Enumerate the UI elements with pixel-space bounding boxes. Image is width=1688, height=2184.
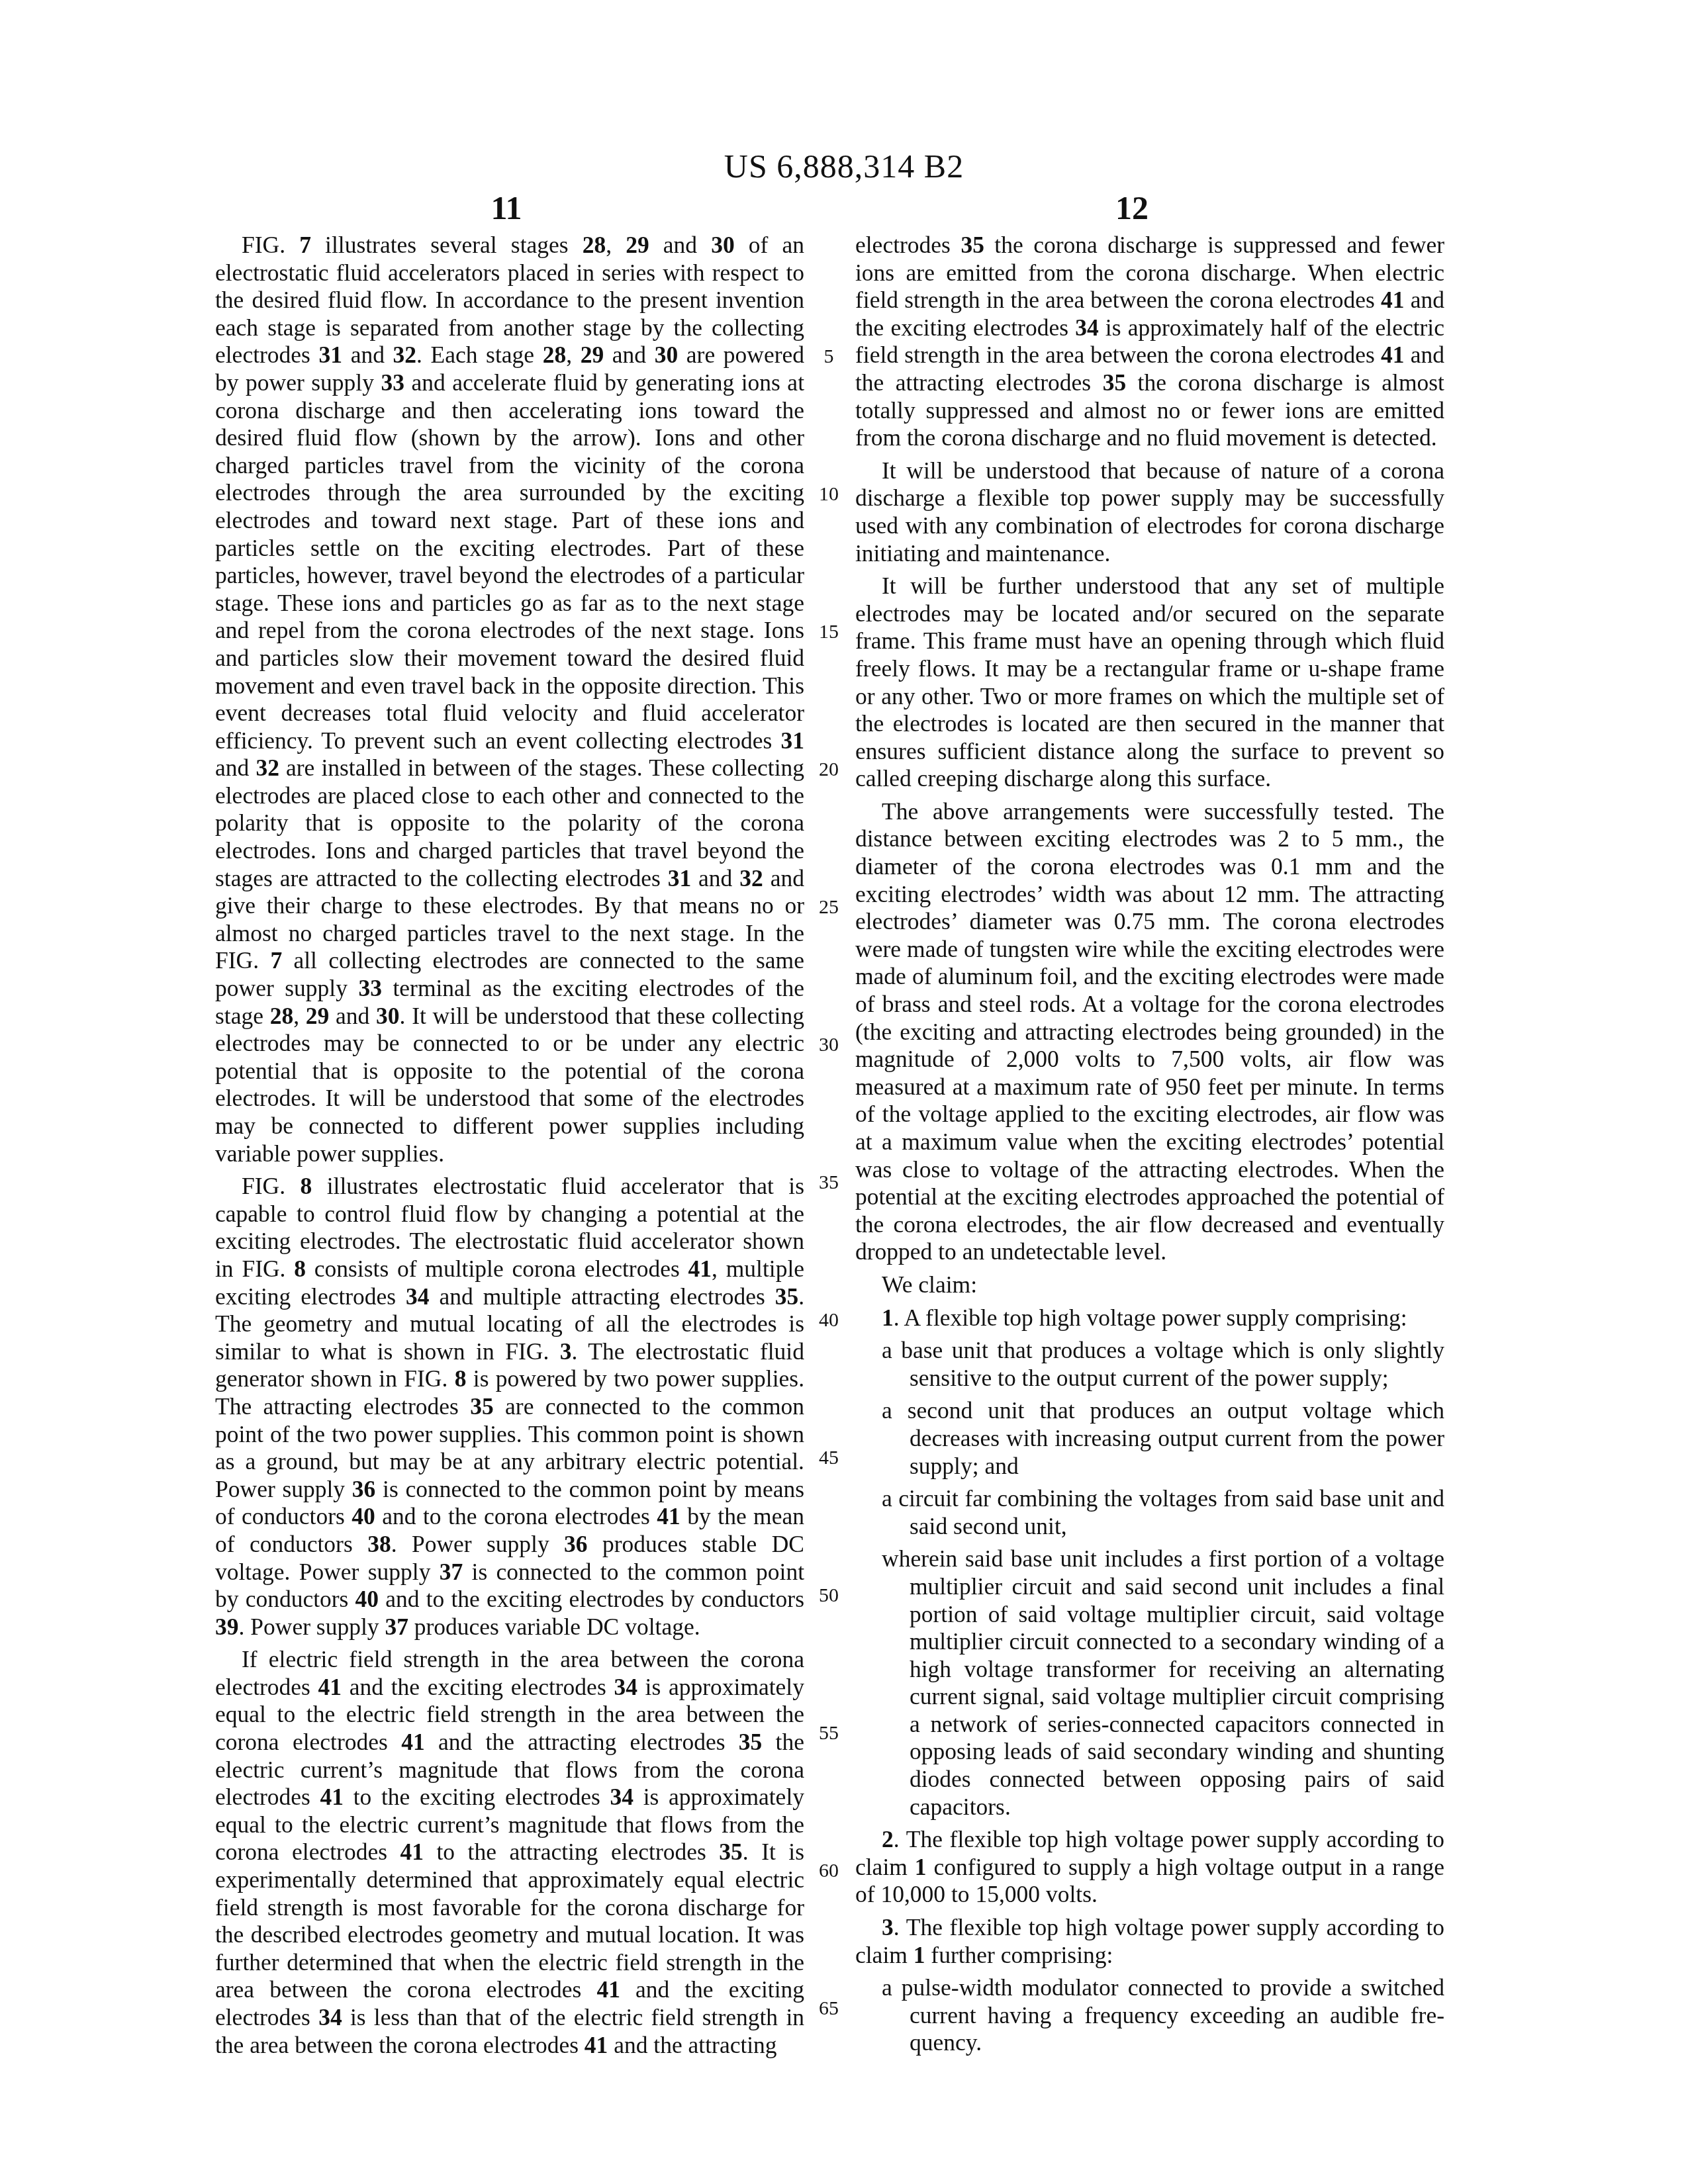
text-run: FIG. [242,232,299,258]
reference-numeral: 1 [882,1304,894,1331]
reference-numeral: 41 [318,1674,342,1700]
reference-numeral: 28 [583,232,606,258]
line-number: 25 [809,896,849,919]
reference-numeral: 35 [739,1729,763,1755]
text-run: . A flexible top high voltage power supp… [894,1304,1407,1331]
reference-numeral: 35 [1103,369,1127,396]
reference-numeral: 30 [711,232,735,258]
paragraph-fig8: FIG. 8 illustrates electrostatic fluid a… [215,1173,804,1641]
reference-numeral: 33 [381,369,405,396]
reference-numeral: 41 [585,2032,608,2058]
reference-numeral: 8 [455,1365,467,1392]
line-number: 40 [809,1309,849,1332]
column-number-right: 12 [1092,189,1172,227]
reference-numeral: 1 [915,1854,927,1880]
text-run: We claim: [882,1271,977,1298]
reference-numeral: 35 [470,1393,494,1420]
text-run: and the attracting electrodes [425,1729,739,1755]
reference-numeral: 1 [914,1942,925,1968]
reference-numeral: 29 [581,341,604,368]
line-number: 45 [809,1447,849,1469]
reference-numeral: 34 [318,2004,342,2030]
reference-numeral: 41 [400,1839,424,1865]
paragraph-frames: It will be further understood that any s… [855,572,1444,793]
patent-number: US 6,888,314 B2 [0,147,1688,185]
text-run: It will be understood that because of na… [855,457,1444,567]
text-run: electrodes [855,232,961,258]
text-run: produces variable DC voltage. [408,1614,700,1640]
text-run: , [293,1003,306,1029]
reference-numeral: 40 [352,1503,375,1529]
paragraph-fig7: FIG. 7 illustrates several stages 28, 29… [215,232,804,1167]
text-run: to the exciting electrodes [344,1784,610,1810]
reference-numeral: 30 [655,341,679,368]
reference-numeral: 8 [301,1173,312,1199]
reference-numeral: 38 [367,1531,391,1557]
reference-numeral: 39 [215,1614,239,1640]
text-run: FIG. [242,1173,301,1199]
reference-numeral: 30 [376,1003,400,1029]
reference-numeral: 37 [440,1559,463,1585]
text-run: and [215,754,256,781]
reference-numeral: 8 [294,1255,306,1282]
claim-element: a base unit that produces a voltage whic… [855,1337,1444,1392]
text-run: . Power supply [391,1531,564,1557]
text-run: further comprising: [925,1942,1113,1968]
reference-numeral: 40 [355,1586,379,1612]
text-run: to the attracting electrodes [424,1839,719,1865]
reference-numeral: 34 [610,1784,633,1810]
paragraph-tests: The above arrangements were successfully… [855,798,1444,1266]
paragraph-continuation: electrodes 35 the corona discharge is su… [855,232,1444,452]
reference-numeral: 35 [961,232,984,258]
reference-numeral: 34 [406,1283,430,1310]
reference-numeral: 7 [299,232,311,258]
text-run: and to the corona electrodes [375,1503,657,1529]
paragraph-flexible-top: It will be understood that because of na… [855,457,1444,567]
reference-numeral: 28 [543,341,567,368]
line-number: 55 [809,1722,849,1745]
text-run: consists of multiple corona electrodes [306,1255,688,1282]
text-run: The above arrangements were successfully… [855,798,1444,1265]
text-run: and [342,341,393,368]
text-run: and [329,1003,376,1029]
left-text-column: FIG. 7 illustrates several stages 28, 29… [215,232,804,2064]
reference-numeral: 29 [626,232,649,258]
text-run: It will be further understood that any s… [855,572,1444,792]
reference-numeral: 35 [775,1283,799,1310]
reference-numeral: 2 [882,1826,894,1852]
reference-numeral: 33 [358,975,382,1001]
line-number: 60 [809,1860,849,1882]
reference-numeral: 41 [657,1503,680,1529]
reference-numeral: 29 [306,1003,330,1029]
line-number: 50 [809,1584,849,1607]
text-run: and [649,232,711,258]
reference-numeral: 41 [1381,341,1405,368]
line-number: 65 [809,1997,849,2020]
reference-numeral: 41 [596,1976,620,2003]
reference-numeral: 37 [385,1614,408,1640]
line-number: 15 [809,621,849,643]
paragraph-claim-2: 2. The flexible top high voltage power s… [855,1826,1444,1909]
text-run: . Each stage [416,341,543,368]
reference-numeral: 35 [719,1839,743,1865]
text-run: , [606,232,626,258]
reference-numeral: 32 [256,754,279,781]
reference-numeral: 34 [1075,314,1099,341]
reference-numeral: 31 [781,727,805,754]
reference-numeral: 36 [564,1531,588,1557]
reference-numeral: 31 [319,341,343,368]
reference-numeral: 41 [401,1729,425,1755]
reference-numeral: 7 [270,947,282,974]
line-number: 35 [809,1171,849,1194]
reference-numeral: 28 [270,1003,294,1029]
text-run: and to the exciting electrodes by conduc… [379,1586,804,1612]
reference-numeral: 41 [320,1784,344,1810]
reference-numeral: 3 [882,1914,894,1940]
right-text-column: electrodes 35 the corona discharge is su… [855,232,1444,2062]
line-number: 20 [809,758,849,781]
line-number: 10 [809,483,849,506]
text-run: and the attracting [608,2032,776,2058]
paragraph-we-claim: We claim: [855,1271,1444,1299]
text-run: and [691,865,739,891]
text-run: . Power supply [239,1614,385,1640]
paragraph-claim-1: 1. A flexible top high voltage power sup… [855,1304,1444,1332]
claim-element: a circuit far combining the voltages fro… [855,1485,1444,1540]
reference-numeral: 32 [739,865,763,891]
text-run: and [604,341,655,368]
reference-numeral: 41 [688,1255,712,1282]
reference-numeral: 3 [560,1338,572,1365]
text-run: and multiple attracting electrodes [430,1283,775,1310]
claim-element: a second unit that produces an output vo… [855,1397,1444,1480]
reference-numeral: 32 [393,341,417,368]
text-run: and the exciting electrodes [342,1674,614,1700]
claim-element: a pulse-width modulator connected to pro… [855,1974,1444,2057]
line-number: 5 [809,345,849,368]
paragraph-claim-3: 3. The flexible top high voltage power s… [855,1914,1444,1969]
paragraph-field-strength: If electric field strength in the area b… [215,1646,804,2059]
text-run: and accelerate fluid by gen­erating ions… [215,369,804,754]
text-run: configured to supply a high voltage outp… [855,1854,1444,1908]
text-run: illustrates several stages [311,232,583,258]
reference-numeral: 36 [352,1476,376,1502]
reference-numeral: 31 [668,865,692,891]
column-number-left: 11 [467,189,546,227]
reference-numeral: 34 [614,1674,637,1700]
reference-numeral: 41 [1381,287,1405,313]
line-number: 30 [809,1034,849,1056]
text-run: , [566,341,581,368]
claim-element: wherein said base unit includes a first … [855,1545,1444,1821]
